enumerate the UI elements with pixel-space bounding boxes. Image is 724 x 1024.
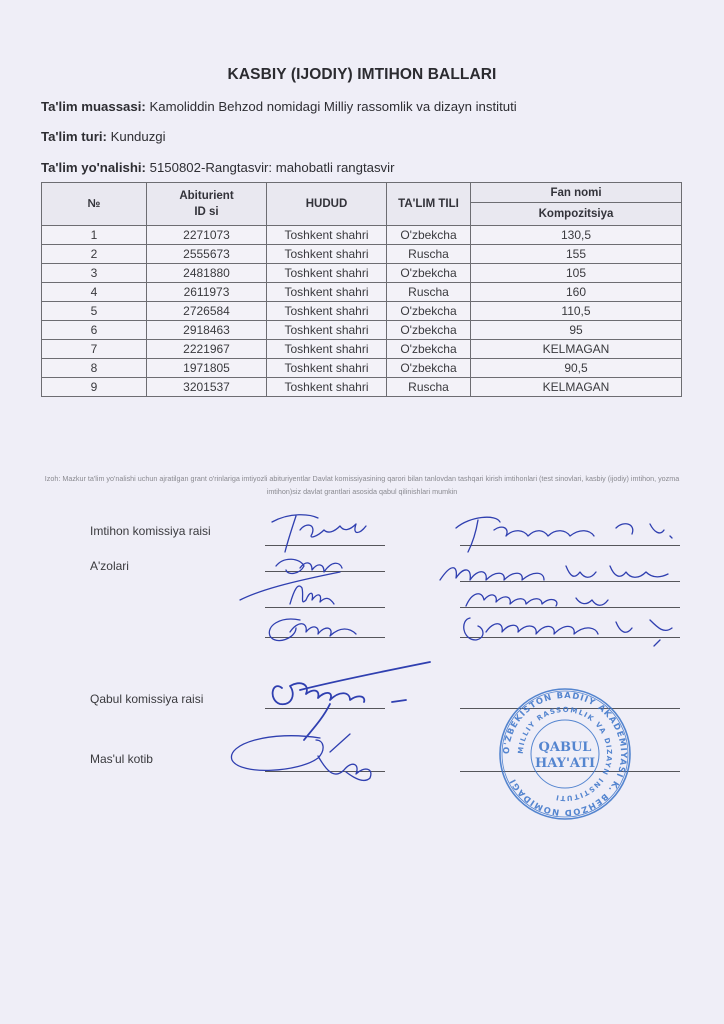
cell-applicant-id: 2221967 (147, 340, 267, 359)
study-form-value: Kunduzgi (111, 129, 166, 144)
cell-number: 7 (42, 340, 147, 359)
handwritten-signatures (0, 0, 724, 1024)
cell-applicant-id: 2611973 (147, 283, 267, 302)
cell-applicant-id: 2481880 (147, 264, 267, 283)
cell-score: 130,5 (471, 226, 682, 245)
cell-applicant-id: 2271073 (147, 226, 267, 245)
cell-score: 95 (471, 321, 682, 340)
table-row: 12271073Toshkent shahriO'zbekcha130,5 (42, 226, 682, 245)
header-applicant-id-line2: ID si (147, 204, 266, 220)
name-line (460, 545, 680, 546)
scores-table-body: 12271073Toshkent shahriO'zbekcha130,5225… (42, 226, 682, 397)
signature-line (265, 771, 385, 772)
cell-language: O'zbekcha (387, 264, 471, 283)
cell-region: Toshkent shahri (267, 359, 387, 378)
cell-region: Toshkent shahri (267, 340, 387, 359)
cell-number: 2 (42, 245, 147, 264)
cell-applicant-id: 3201537 (147, 378, 267, 397)
header-subject-group: Fan nomi (471, 183, 682, 203)
cell-number: 3 (42, 264, 147, 283)
cell-language: Ruscha (387, 283, 471, 302)
signature-line (265, 545, 385, 546)
table-row: 81971805Toshkent shahriO'zbekcha90,5 (42, 359, 682, 378)
cell-language: O'zbekcha (387, 226, 471, 245)
exam-results-document: KASBIY (IJODIY) IMTIHON BALLARI Ta'lim m… (0, 0, 724, 1024)
stamp-center-line2: HAY'ATI (535, 756, 595, 771)
cell-language: O'zbekcha (387, 359, 471, 378)
table-row: 93201537Toshkent shahriRuschaKELMAGAN (42, 378, 682, 397)
signature-line (265, 708, 385, 709)
cell-language: O'zbekcha (387, 302, 471, 321)
cell-applicant-id: 2555673 (147, 245, 267, 264)
institution-line: Ta'lim muassasi: Kamoliddin Behzod nomid… (41, 99, 517, 114)
cell-number: 5 (42, 302, 147, 321)
cell-applicant-id: 2918463 (147, 321, 267, 340)
cell-number: 6 (42, 321, 147, 340)
signature-line (265, 571, 385, 572)
direction-line: Ta'lim yo'nalishi: 5150802-Rangtasvir: m… (41, 160, 394, 175)
cell-score: 155 (471, 245, 682, 264)
study-form-label: Ta'lim turi: (41, 129, 107, 144)
cell-region: Toshkent shahri (267, 321, 387, 340)
secretary-label: Mas'ul kotib (90, 752, 153, 766)
cell-region: Toshkent shahri (267, 226, 387, 245)
table-row: 72221967Toshkent shahriO'zbekchaKELMAGAN (42, 340, 682, 359)
header-subject: Kompozitsiya (471, 203, 682, 226)
cell-score: KELMAGAN (471, 378, 682, 397)
table-row: 32481880Toshkent shahriO'zbekcha105 (42, 264, 682, 283)
cell-region: Toshkent shahri (267, 283, 387, 302)
exam-chair-label: Imtihon komissiya raisi (90, 524, 211, 538)
header-applicant-id: Abiturient ID si (147, 183, 267, 226)
cell-score: 90,5 (471, 359, 682, 378)
institution-value: Kamoliddin Behzod nomidagi Milliy rassom… (149, 99, 516, 114)
cell-score: 110,5 (471, 302, 682, 321)
cell-region: Toshkent shahri (267, 264, 387, 283)
cell-applicant-id: 1971805 (147, 359, 267, 378)
name-line (460, 581, 680, 582)
cell-region: Toshkent shahri (267, 302, 387, 321)
header-applicant-id-line1: Abiturient (147, 188, 266, 204)
cell-number: 4 (42, 283, 147, 302)
header-language: TA'LIM TILI (387, 183, 471, 226)
table-row: 42611973Toshkent shahriRuscha160 (42, 283, 682, 302)
cell-language: O'zbekcha (387, 321, 471, 340)
scores-table: № Abiturient ID si HUDUD TA'LIM TILI Fan… (41, 182, 682, 397)
cell-language: Ruscha (387, 378, 471, 397)
cell-score: 105 (471, 264, 682, 283)
header-number: № (42, 183, 147, 226)
cell-score: KELMAGAN (471, 340, 682, 359)
signature-line (265, 637, 385, 638)
cell-region: Toshkent shahri (267, 378, 387, 397)
table-row: 62918463Toshkent shahriO'zbekcha95 (42, 321, 682, 340)
cell-language: Ruscha (387, 245, 471, 264)
cell-applicant-id: 2726584 (147, 302, 267, 321)
direction-label: Ta'lim yo'nalishi: (41, 160, 146, 175)
cell-number: 8 (42, 359, 147, 378)
cell-number: 9 (42, 378, 147, 397)
header-region: HUDUD (267, 183, 387, 226)
study-form-line: Ta'lim turi: Kunduzgi (41, 129, 166, 144)
note-text: Izoh: Mazkur ta'lim yo'nalishi uchun ajr… (44, 472, 680, 498)
document-title: KASBIY (IJODIY) IMTIHON BALLARI (0, 66, 724, 84)
members-label: A'zolari (90, 559, 129, 573)
cell-score: 160 (471, 283, 682, 302)
name-line (460, 637, 680, 638)
official-stamp: O'ZBEKISTON BADIIY AKADEMIYASI K. BEHZOD… (498, 687, 632, 821)
admission-chair-label: Qabul komissiya raisi (90, 692, 203, 706)
cell-language: O'zbekcha (387, 340, 471, 359)
stamp-center-line1: QABUL (539, 740, 592, 755)
table-row: 22555673Toshkent shahriRuscha155 (42, 245, 682, 264)
institution-label: Ta'lim muassasi: (41, 99, 146, 114)
signature-line (265, 607, 385, 608)
cell-region: Toshkent shahri (267, 245, 387, 264)
cell-number: 1 (42, 226, 147, 245)
name-line (460, 607, 680, 608)
direction-value: 5150802-Rangtasvir: mahobatli rangtasvir (150, 160, 395, 175)
table-row: 52726584Toshkent shahriO'zbekcha110,5 (42, 302, 682, 321)
